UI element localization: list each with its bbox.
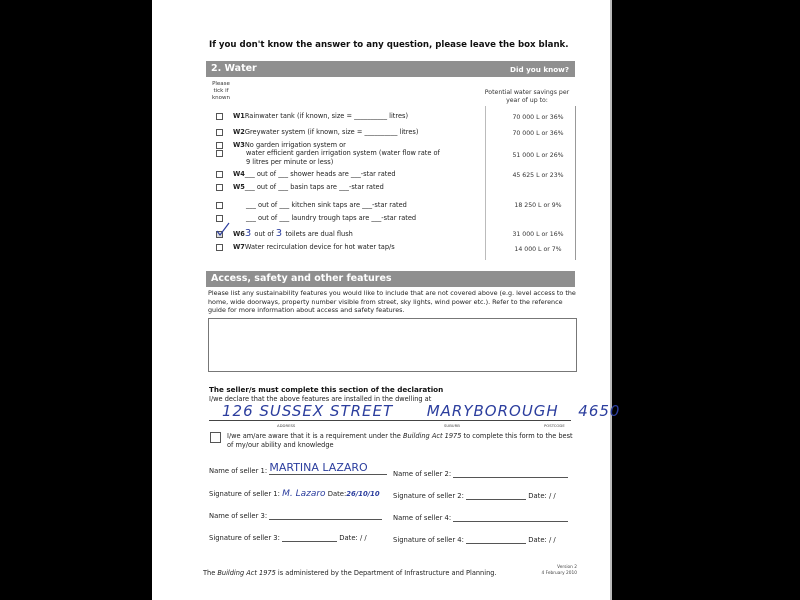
water-row-code: W5: [233, 183, 245, 191]
water-row-checkbox[interactable]: [216, 215, 223, 222]
water-row-text: Rainwater tank (if known, size = _______…: [245, 112, 408, 120]
access-section-title: Access, safety and other features: [211, 273, 392, 284]
water-row: W7 Water recirculation device for hot wa…: [216, 243, 395, 251]
water-section-title: 2. Water: [211, 63, 257, 74]
water-row-text: ___ out of ___ basin taps are ___-star r…: [245, 183, 384, 191]
water-row: ___ out of ___ kitchen sink taps are ___…: [216, 201, 407, 209]
seller-1-date-value: 26/10/10: [346, 490, 379, 498]
awareness-checkbox[interactable]: [210, 432, 221, 443]
seller-4-name-field[interactable]: Name of seller 4:: [393, 513, 568, 522]
water-saving-value: 14 000 L or 7%: [508, 246, 568, 253]
water-row: water efficient garden irrigation system…: [216, 149, 440, 157]
water-row-text: out of: [254, 230, 275, 238]
seller-1-name-value: MARTINA LAZARO: [269, 461, 367, 474]
savings-column-header: Potential water savings per year of up t…: [482, 89, 572, 105]
water-row-text: ___ out of ___ shower heads are ___-star…: [245, 170, 396, 178]
seller-4-signature-field[interactable]: Signature of seller 4: Date: / /: [393, 535, 556, 544]
water-row-code: W4: [233, 170, 245, 178]
water-row: W2 Greywater system (if known, size = __…: [216, 128, 418, 136]
seller-2-signature-label: Signature of seller 2:: [393, 492, 464, 500]
water-row-checkbox[interactable]: [216, 184, 223, 191]
handwritten-tick-icon: [216, 222, 230, 236]
access-description: Please list any sustainability features …: [208, 289, 580, 315]
water-row-checkbox[interactable]: [216, 171, 223, 178]
seller-2-date-value: / /: [549, 492, 556, 500]
seller-1-date-label: Date:: [328, 490, 347, 498]
footer-text: The Building Act 1975 is administered by…: [203, 569, 497, 577]
water-row-text: toilets are dual flush: [285, 230, 353, 238]
seller-4-date-value: / /: [549, 536, 556, 544]
footer-text-part: The: [203, 569, 217, 577]
instruction-text: If you don't know the answer to any ques…: [209, 40, 569, 50]
water-saving-value: 45 625 L or 23%: [508, 172, 568, 179]
water-row-text: ___ out of ___ laundry trough taps are _…: [246, 214, 416, 222]
act-name: Building Act 1975: [403, 432, 461, 440]
access-features-input[interactable]: [208, 318, 577, 372]
seller-3-name-label: Name of seller 3:: [209, 512, 267, 520]
address-underline: [209, 420, 571, 421]
tick-column-header: Please tick if known: [210, 81, 232, 102]
seller-2-name-label: Name of seller 2:: [393, 470, 451, 478]
seller-1-signature-field[interactable]: Signature of seller 1: M. Lazaro Date:26…: [209, 489, 380, 499]
water-saving-value: 18 250 L or 9%: [508, 202, 568, 209]
savings-column-divider: [485, 106, 486, 260]
suburb-label: SUBURB: [444, 423, 460, 428]
footer-act-name: Building Act 1975: [217, 569, 275, 577]
seller-2-signature-field[interactable]: Signature of seller 2: Date: / /: [393, 491, 556, 500]
water-row: W6 3 out of 3 toilets are dual flush: [216, 228, 353, 239]
seller-3-name-field[interactable]: Name of seller 3:: [209, 511, 382, 520]
seller-1-name-label: Name of seller 1:: [209, 467, 267, 475]
water-row-code: W2: [233, 128, 245, 136]
water-row-checkbox[interactable]: [216, 150, 223, 157]
postcode-label: POSTCODE: [544, 423, 565, 428]
address-label: ADDRESS: [277, 423, 295, 428]
water-row-checkbox[interactable]: [216, 244, 223, 251]
awareness-text: I/we am/are aware that it is a requireme…: [227, 432, 577, 449]
seller-3-signature-label: Signature of seller 3:: [209, 534, 280, 542]
postcode-value: 4650: [578, 402, 620, 420]
water-row: W3 No garden irrigation system or: [216, 141, 346, 149]
water-row-checkbox[interactable]: [216, 202, 223, 209]
toilet-count-dual-flush[interactable]: 3: [245, 228, 255, 239]
water-row-text: ___ out of ___ kitchen sink taps are ___…: [246, 201, 407, 209]
water-saving-value: 31 000 L or 16%: [508, 231, 568, 238]
water-row-text: Greywater system (if known, size = _____…: [245, 128, 419, 136]
seller-3-date-value: / /: [360, 534, 367, 542]
seller-2-name-field[interactable]: Name of seller 2:: [393, 469, 568, 478]
declaration-heading: The seller/s must complete this section …: [209, 385, 443, 394]
water-row: W1 Rainwater tank (if known, size = ____…: [216, 112, 408, 120]
address-field[interactable]: 126 SUSSEX STREET MARYBOROUGH 4650: [222, 402, 620, 420]
water-row: 9 litres per minute or less): [216, 158, 333, 166]
water-row-text: Water recirculation device for hot water…: [245, 243, 395, 251]
footer-text-part: is administered by the Department of Inf…: [276, 569, 497, 577]
toilet-count-total[interactable]: 3: [276, 228, 286, 239]
water-row-text: water efficient garden irrigation system…: [246, 149, 440, 157]
did-you-know-label: Did you know?: [510, 65, 569, 74]
water-row-checkbox[interactable]: [216, 113, 223, 120]
water-table: W1 Rainwater tank (if known, size = ____…: [206, 106, 576, 260]
water-row: W4 ___ out of ___ shower heads are ___-s…: [216, 170, 396, 178]
water-row-checkbox[interactable]: [216, 129, 223, 136]
water-row-code: W1: [233, 112, 245, 120]
water-row: ___ out of ___ laundry trough taps are _…: [216, 214, 416, 222]
version-info: Version 2 4 February 2010: [507, 565, 577, 577]
seller-1-name-field[interactable]: Name of seller 1: MARTINA LAZARO: [209, 466, 387, 475]
water-saving-value: 70 000 L or 36%: [508, 130, 568, 137]
awareness-text-part: I/we am/are aware that it is a requireme…: [227, 432, 403, 440]
water-row-text: 9 litres per minute or less): [246, 158, 333, 166]
seller-4-signature-label: Signature of seller 4:: [393, 536, 464, 544]
seller-3-signature-field[interactable]: Signature of seller 3: Date: / /: [209, 533, 367, 542]
seller-1-signature-label: Signature of seller 1:: [209, 490, 280, 498]
water-saving-value: 70 000 L or 36%: [508, 114, 568, 121]
water-row-text: No garden irrigation system or: [245, 141, 346, 149]
version-date: 4 February 2010: [507, 571, 577, 577]
suburb-value: MARYBOROUGH: [427, 402, 559, 420]
seller-4-name-label: Name of seller 4:: [393, 514, 451, 522]
water-row-code: W6: [233, 230, 245, 238]
water-row-checkbox[interactable]: [216, 142, 223, 149]
form-page: If you don't know the answer to any ques…: [152, 0, 612, 600]
address-value: 126 SUSSEX STREET: [222, 402, 393, 420]
water-saving-value: 51 000 L or 26%: [508, 152, 568, 159]
seller-2-date-label: Date:: [528, 492, 547, 500]
water-section-header: 2. Water Did you know?: [206, 61, 575, 77]
access-section-header: Access, safety and other features: [206, 271, 575, 287]
water-row-code: W3: [233, 141, 245, 149]
seller-1-signature-value: M. Lazaro: [282, 489, 325, 499]
seller-3-date-label: Date:: [339, 534, 358, 542]
water-row-code: W7: [233, 243, 245, 251]
seller-4-date-label: Date:: [528, 536, 547, 544]
water-row: W5 ___ out of ___ basin taps are ___-sta…: [216, 183, 384, 191]
